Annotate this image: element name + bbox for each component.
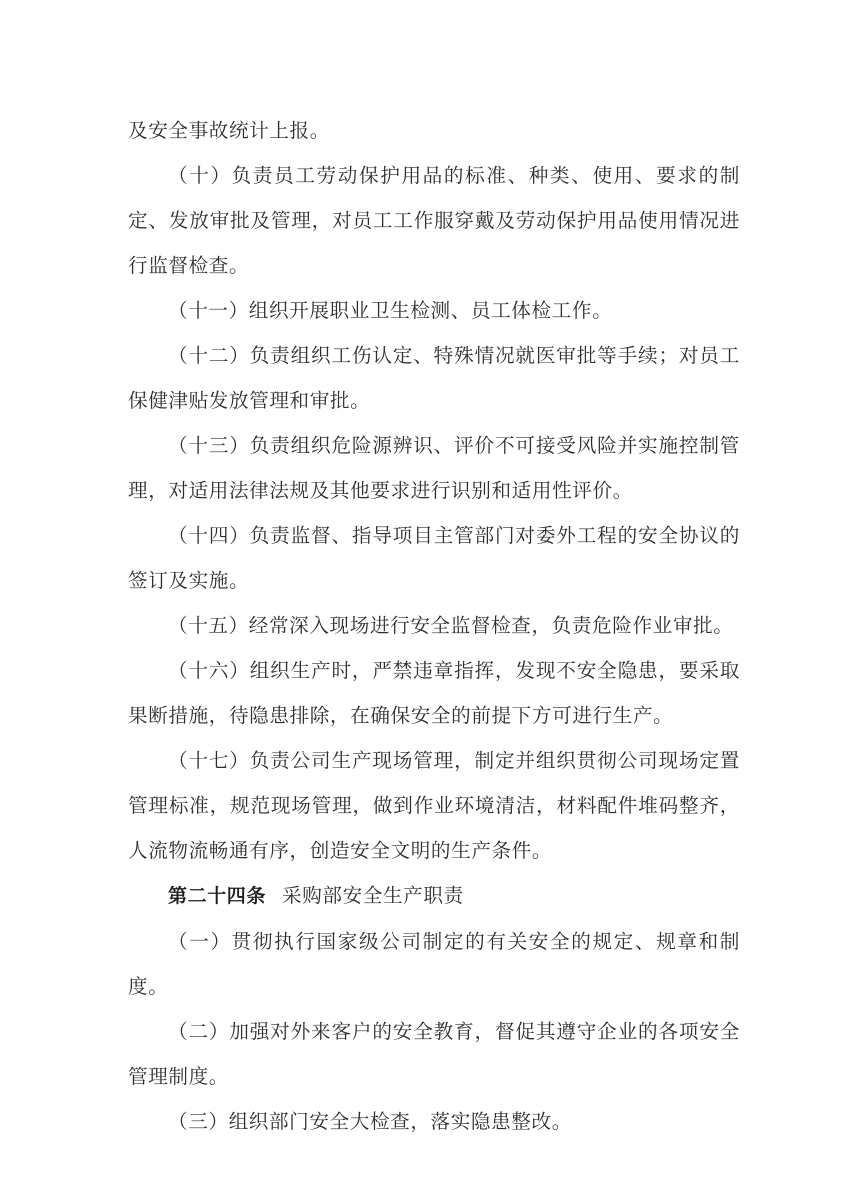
clause-12: （十二）负责组织工伤认定、特殊情况就医审批等手续；对员工保健津贴发放管理和审批。 bbox=[128, 333, 740, 423]
clause-label: （十七） bbox=[168, 749, 250, 772]
clause-13: （十三）负责组织危险源辨识、评价不可接受风险并实施控制管理，对适用法律法规及其他… bbox=[128, 423, 740, 513]
clause-17: （十七）负责公司生产现场管理，制定并组织贯彻公司现场定置管理标准，规范现场管理，… bbox=[128, 738, 740, 873]
document-page: 及安全事故统计上报。 （十）负责员工劳动保护用品的标准、种类、使用、要求的制定、… bbox=[128, 108, 740, 1144]
article-number: 第二十四条 bbox=[168, 885, 266, 907]
clause-label: （二） bbox=[168, 1020, 229, 1043]
clause-label: （十一） bbox=[168, 299, 249, 322]
clause-11: （十一）组织开展职业卫生检测、员工体检工作。 bbox=[128, 288, 740, 333]
clause-label: （一） bbox=[168, 930, 232, 953]
clause-label: （十三） bbox=[168, 434, 250, 457]
article24-clause-3: （三）组织部门安全大检查，落实隐患整改。 bbox=[128, 1099, 740, 1144]
article-title: 采购部安全生产职责 bbox=[282, 884, 464, 907]
article24-clause-1: （一）贯彻执行国家级公司制定的有关安全的规定、规章和制度。 bbox=[128, 919, 740, 1009]
clause-label: （十二） bbox=[168, 344, 250, 367]
clause-label: （十） bbox=[168, 164, 232, 187]
clause-label: （十四） bbox=[168, 524, 250, 547]
article24-clause-2: （二）加强对外来客户的安全教育，督促其遵守企业的各项安全管理制度。 bbox=[128, 1009, 740, 1099]
continuation-text: 及安全事故统计上报。 bbox=[128, 108, 740, 153]
clause-label: （三） bbox=[168, 1110, 229, 1133]
clause-15: （十五）经常深入现场进行安全监督检查，负责危险作业审批。 bbox=[128, 603, 740, 648]
clause-label: （十五） bbox=[168, 614, 249, 637]
clause-16: （十六）组织生产时，严禁违章指挥，发现不安全隐患，要采取果断措施，待隐患排除，在… bbox=[128, 648, 740, 738]
clause-text: 经常深入现场进行安全监督检查，负责危险作业审批。 bbox=[249, 614, 734, 637]
clause-10: （十）负责员工劳动保护用品的标准、种类、使用、要求的制定、发放审批及管理，对员工… bbox=[128, 153, 740, 288]
article-heading: 第二十四条采购部安全生产职责 bbox=[128, 873, 740, 919]
clause-14: （十四）负责监督、指导项目主管部门对委外工程的安全协议的签订及实施。 bbox=[128, 513, 740, 603]
clause-label: （十六） bbox=[168, 659, 250, 682]
clause-text: 组织开展职业卫生检测、员工体检工作。 bbox=[249, 299, 613, 322]
clause-text: 组织部门安全大检查，落实隐患整改。 bbox=[229, 1110, 572, 1133]
